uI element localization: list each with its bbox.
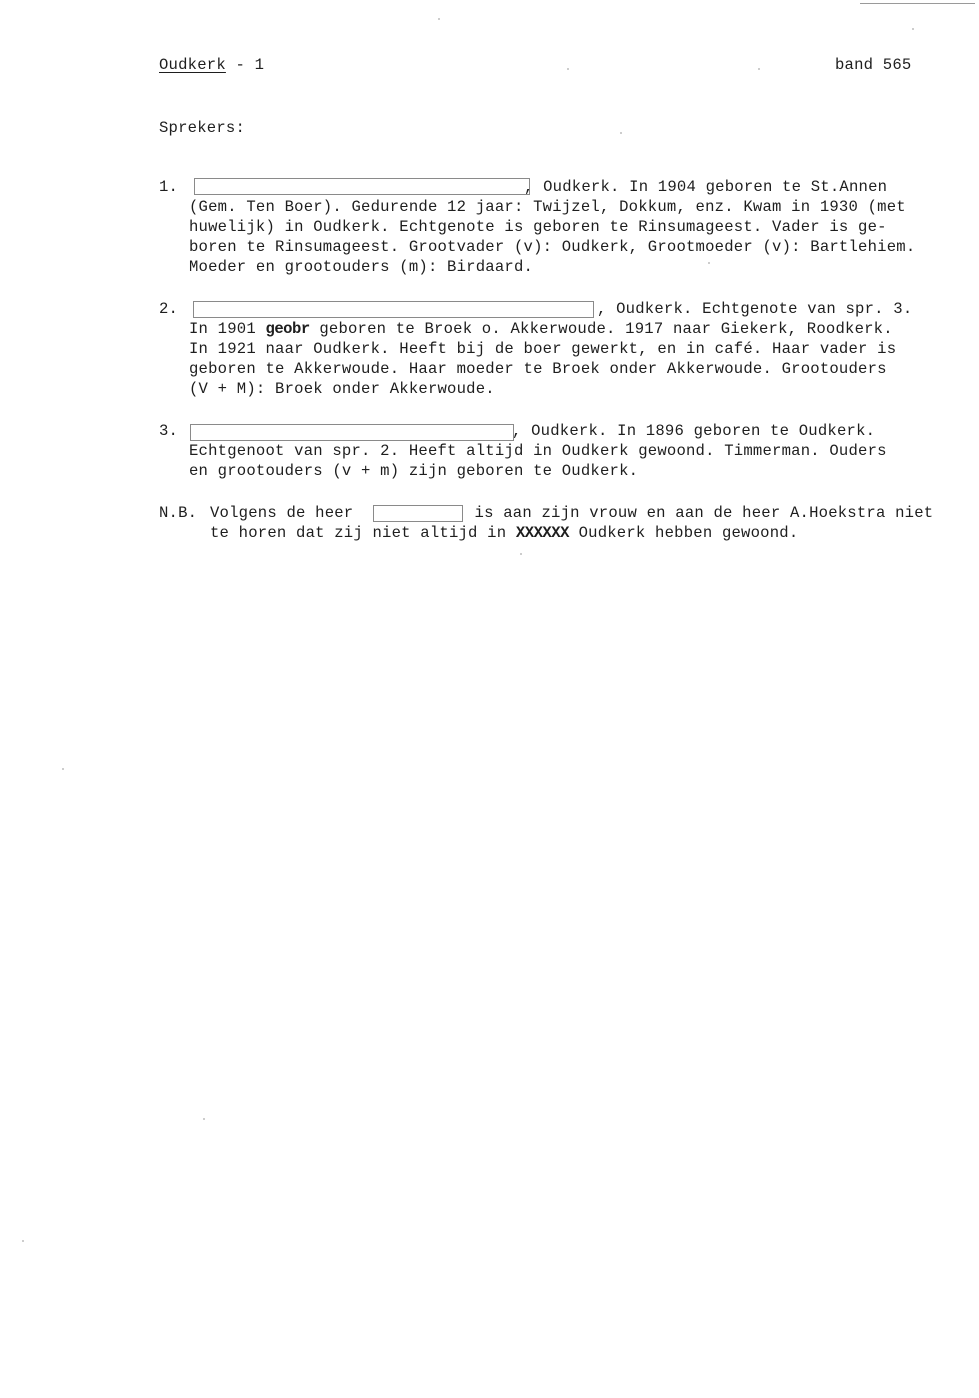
scan-edge-rule [860,3,975,4]
speaker-line-with-correction: In 1901 geobr geboren te Broek o. Akkerw… [189,319,893,339]
speaker-number: 2. [159,299,178,319]
line-prefix: In 1901 [189,320,265,338]
speaker-line: Moeder en grootouders (m): Birdaard. [189,257,533,277]
note-line-1-start: Volgens de heer [210,503,363,523]
note-line-2: te horen dat zij niet altijd in XXXXXX O… [210,523,798,543]
speaker-number: 1. [159,177,178,197]
speaker-line: geboren te Akkerwoude. Haar moeder te Br… [189,359,887,379]
redacted-name [194,178,530,195]
speaker-line: , Oudkerk. Echtgenote van spr. 3. [597,299,912,319]
speaker-line: , Oudkerk. In 1904 geboren te St.Annen [524,177,887,197]
redacted-name [190,424,514,441]
speaker-line: Echtgenoot van spr. 2. Heeft altijd in O… [189,441,887,461]
speaker-line: (Gem. Ten Boer). Gedurende 12 jaar: Twij… [189,197,906,217]
note-line-2-end: Oudkerk hebben gewoond. [569,524,798,542]
document-header-title: Oudkerk - 1 [159,55,264,75]
scan-speck [912,28,914,30]
scan-speck [708,262,710,264]
redacted-name [193,301,594,318]
place-title: Oudkerk [159,56,226,74]
speaker-line: , Oudkerk. In 1896 geboren te Oudkerk. [512,421,875,441]
scan-speck [62,768,64,770]
speaker-line: In 1921 naar Oudkerk. Heeft bij de boer … [189,339,896,359]
redacted-name [373,505,463,522]
scan-speck [567,68,569,70]
scan-speck [520,553,522,555]
speaker-line: (V + M): Broek onder Akkerwoude. [189,379,495,399]
document-page: Oudkerk - 1 band 565 Sprekers: 1. , Oudk… [0,0,979,1398]
scan-speck [620,132,622,134]
speaker-line: huwelijk) in Oudkerk. Echtgenote is gebo… [189,217,887,237]
page-number: - 1 [226,56,264,74]
note-label: N.B. [159,503,197,523]
scan-speck [758,68,760,70]
note-line-1-end: is aan zijn vrouw en aan de heer A.Hoeks… [465,503,933,523]
struck-out-word: geobr [265,320,309,338]
note-line-2-start: te horen dat zij niet altijd in [210,524,516,542]
speaker-line: en grootouders (v + m) zijn geboren te O… [189,461,638,481]
struck-out-word: XXXXXX [516,524,569,542]
tape-band-label: band 565 [835,55,911,75]
scan-speck [438,18,440,20]
section-label-speakers: Sprekers: [159,118,245,138]
speaker-line: boren te Rinsumageest. Grootvader (v): O… [189,237,915,257]
scan-speck [22,1240,24,1242]
line-rest: geboren te Broek o. Akkerwoude. 1917 naa… [319,320,892,338]
speaker-number: 3. [159,421,178,441]
scan-speck [203,1118,205,1120]
